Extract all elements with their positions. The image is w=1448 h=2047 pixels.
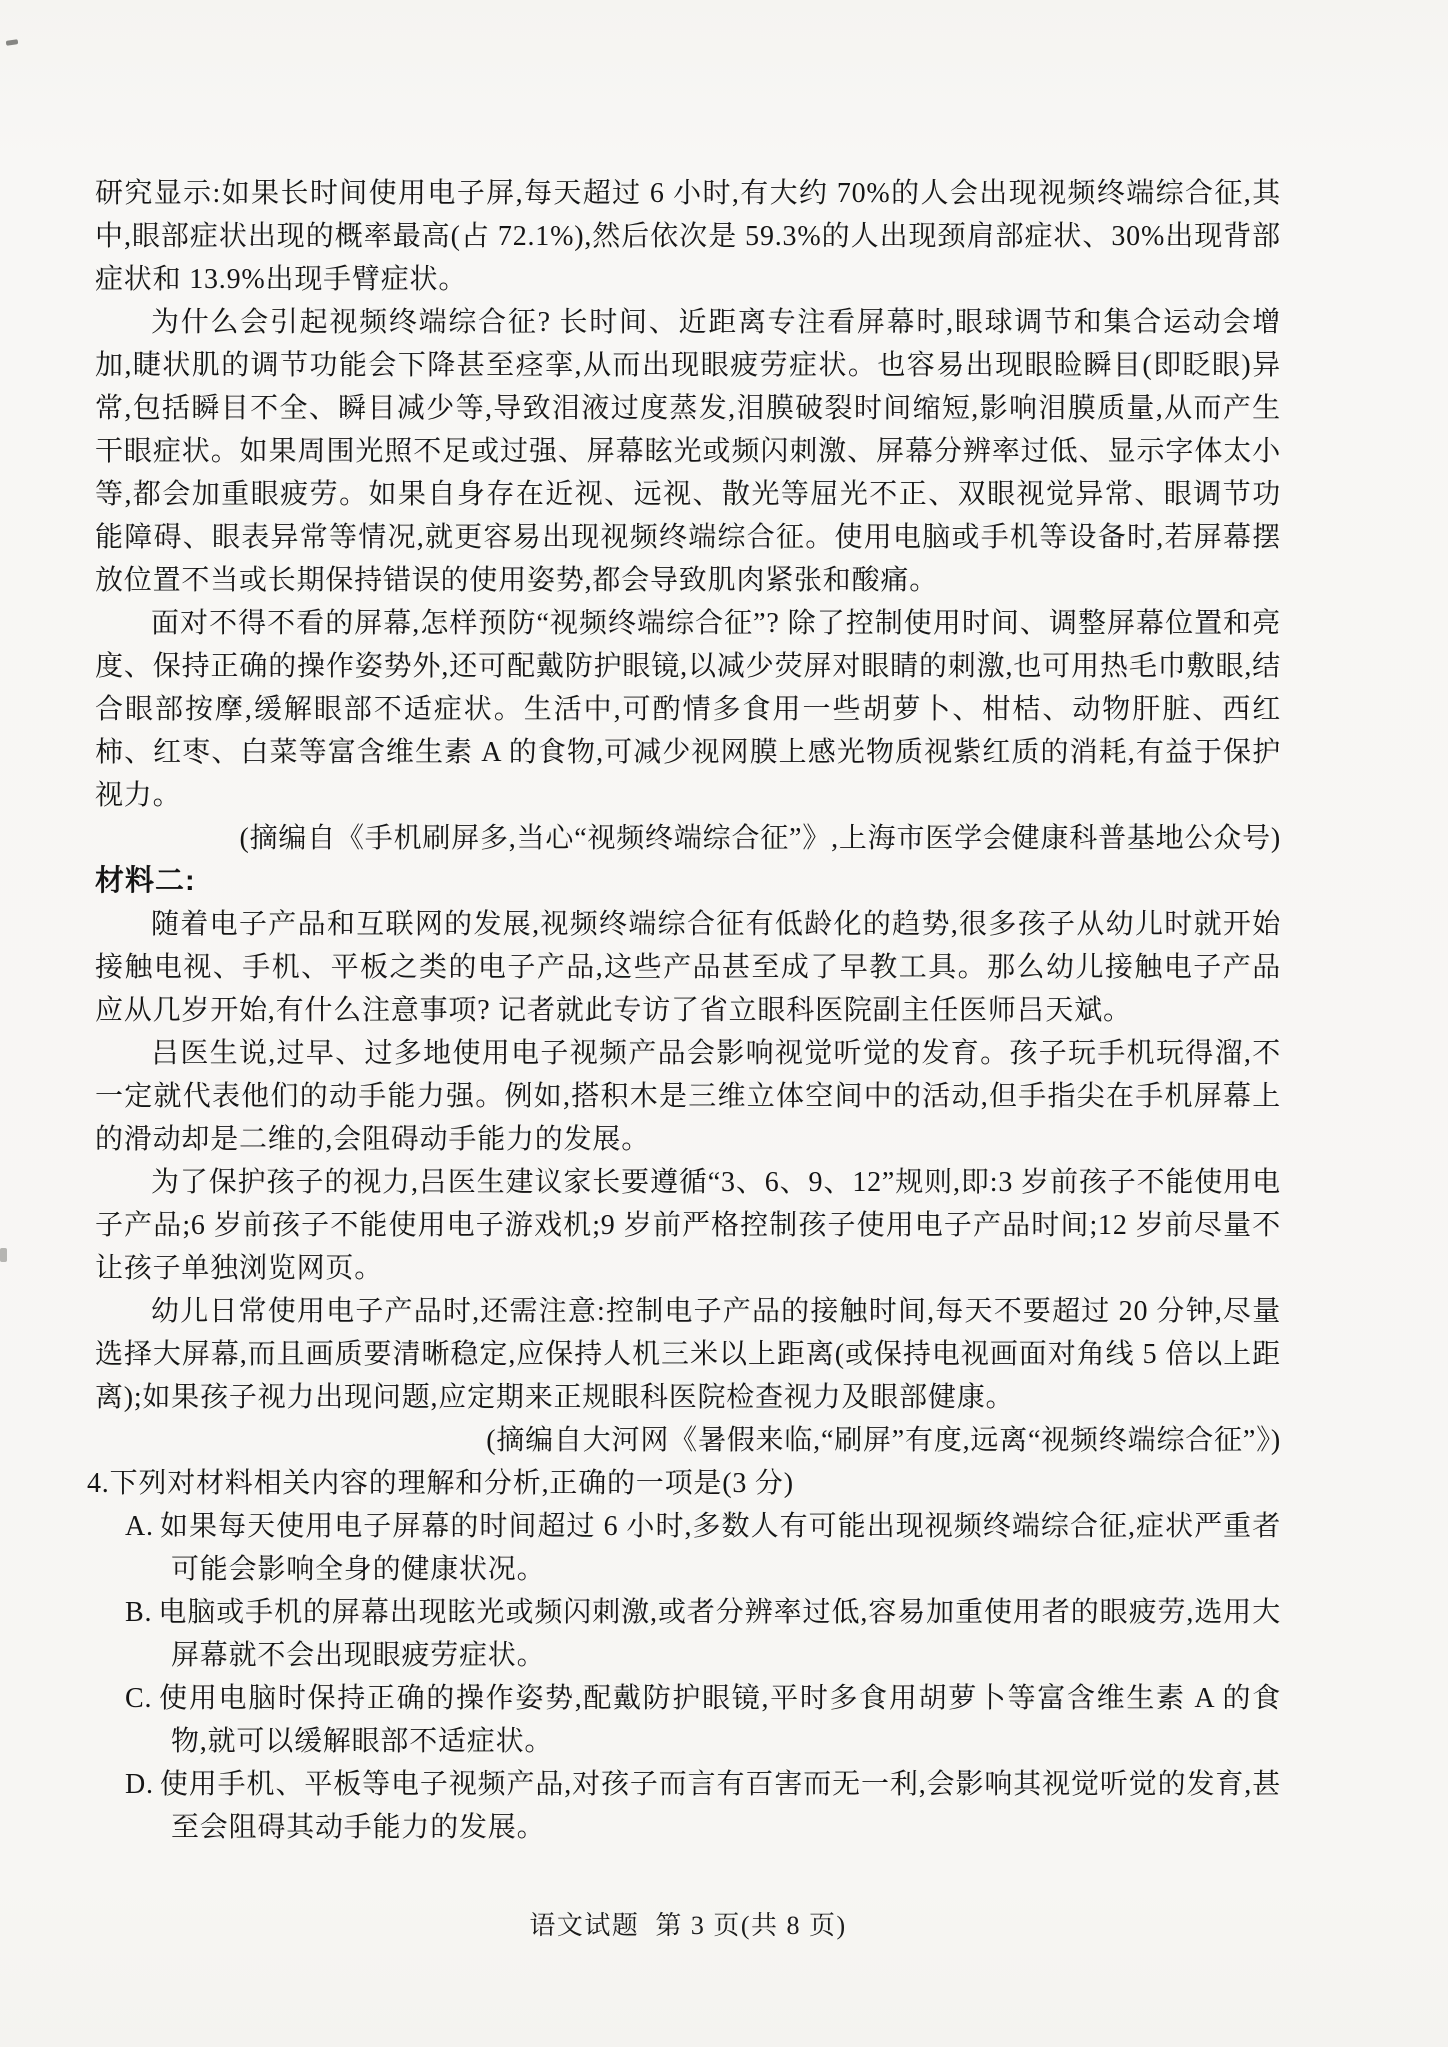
question-4-number: 4.: [87, 1468, 110, 1499]
material-two-paragraph: 随着电子产品和互联网的发展,视频终端综合征有低龄化的趋势,很多孩子从幼儿时就开始…: [95, 903, 1281, 1032]
scanned-exam-page: { "doc": { "material_one": { "paragraphs…: [0, 0, 1448, 2047]
material-one-paragraph: 为什么会引起视频终端综合征? 长时间、近距离专注看屏幕时,眼球调节和集合运动会增…: [95, 301, 1281, 602]
option-d-label: D.: [125, 1769, 160, 1800]
option-b-label: B.: [125, 1597, 158, 1628]
material-one-paragraph: 研究显示:如果长时间使用电子屏,每天超过 6 小时,有大约 70%的人会出现视频…: [95, 172, 1281, 301]
question-4-stem-text: 下列对材料相关内容的理解和分析,正确的一项是(3 分): [110, 1468, 794, 1499]
material-one-source-attribution: (摘编自《手机刷屏多,当心“视频终端综合征”》,上海市医学会健康科普基地公众号): [95, 817, 1281, 860]
material-two-paragraph: 幼儿日常使用电子产品时,还需注意:控制电子产品的接触时间,每天不要超过 20 分…: [95, 1290, 1281, 1419]
question-4-option-b: B.电脑或手机的屏幕出现眩光或频闪刺激,或者分辨率过低,容易加重使用者的眼疲劳,…: [95, 1591, 1281, 1677]
question-4-option-a: A.如果每天使用电子屏幕的时间超过 6 小时,多数人有可能出现视频终端综合征,症…: [95, 1505, 1281, 1591]
page-footer: 语文试题 第 3 页(共 8 页): [95, 1905, 1281, 1942]
question-4-stem: 4.下列对材料相关内容的理解和分析,正确的一项是(3 分): [87, 1462, 1281, 1505]
question-4-option-d: D.使用手机、平板等电子视频产品,对孩子而言有百害而无一利,会影响其视觉听觉的发…: [95, 1763, 1281, 1849]
question-4: 4.下列对材料相关内容的理解和分析,正确的一项是(3 分) A.如果每天使用电子…: [95, 1462, 1281, 1849]
option-c-label: C.: [125, 1683, 158, 1714]
scan-speck: [6, 39, 19, 46]
material-two-heading: 材料二:: [95, 860, 1281, 903]
option-a-text: 如果每天使用电子屏幕的时间超过 6 小时,多数人有可能出现视频终端综合征,症状严…: [160, 1511, 1281, 1585]
material-two-source-attribution: (摘编自大河网《暑假来临,“刷屏”有度,远离“视频终端综合征”》): [95, 1419, 1281, 1462]
material-one-paragraph: 面对不得不看的屏幕,怎样预防“视频终端综合征”? 除了控制使用时间、调整屏幕位置…: [95, 602, 1281, 817]
scan-speck: [0, 1248, 7, 1262]
page-body: 研究显示:如果长时间使用电子屏,每天超过 6 小时,有大约 70%的人会出现视频…: [95, 172, 1281, 1849]
material-two-paragraph: 吕医生说,过早、过多地使用电子视频产品会影响视觉听觉的发育。孩子玩手机玩得溜,不…: [95, 1032, 1281, 1161]
question-4-option-c: C.使用电脑时保持正确的操作姿势,配戴防护眼镜,平时多食用胡萝卜等富含维生素 A…: [95, 1677, 1281, 1763]
option-b-text: 电脑或手机的屏幕出现眩光或频闪刺激,或者分辨率过低,容易加重使用者的眼疲劳,选用…: [158, 1597, 1281, 1671]
option-a-label: A.: [125, 1511, 160, 1542]
material-two-paragraph: 为了保护孩子的视力,吕医生建议家长要遵循“3、6、9、12”规则,即:3 岁前孩…: [95, 1161, 1281, 1290]
option-d-text: 使用手机、平板等电子视频产品,对孩子而言有百害而无一利,会影响其视觉听觉的发育,…: [160, 1769, 1281, 1843]
option-c-text: 使用电脑时保持正确的操作姿势,配戴防护眼镜,平时多食用胡萝卜等富含维生素 A 的…: [158, 1683, 1281, 1757]
